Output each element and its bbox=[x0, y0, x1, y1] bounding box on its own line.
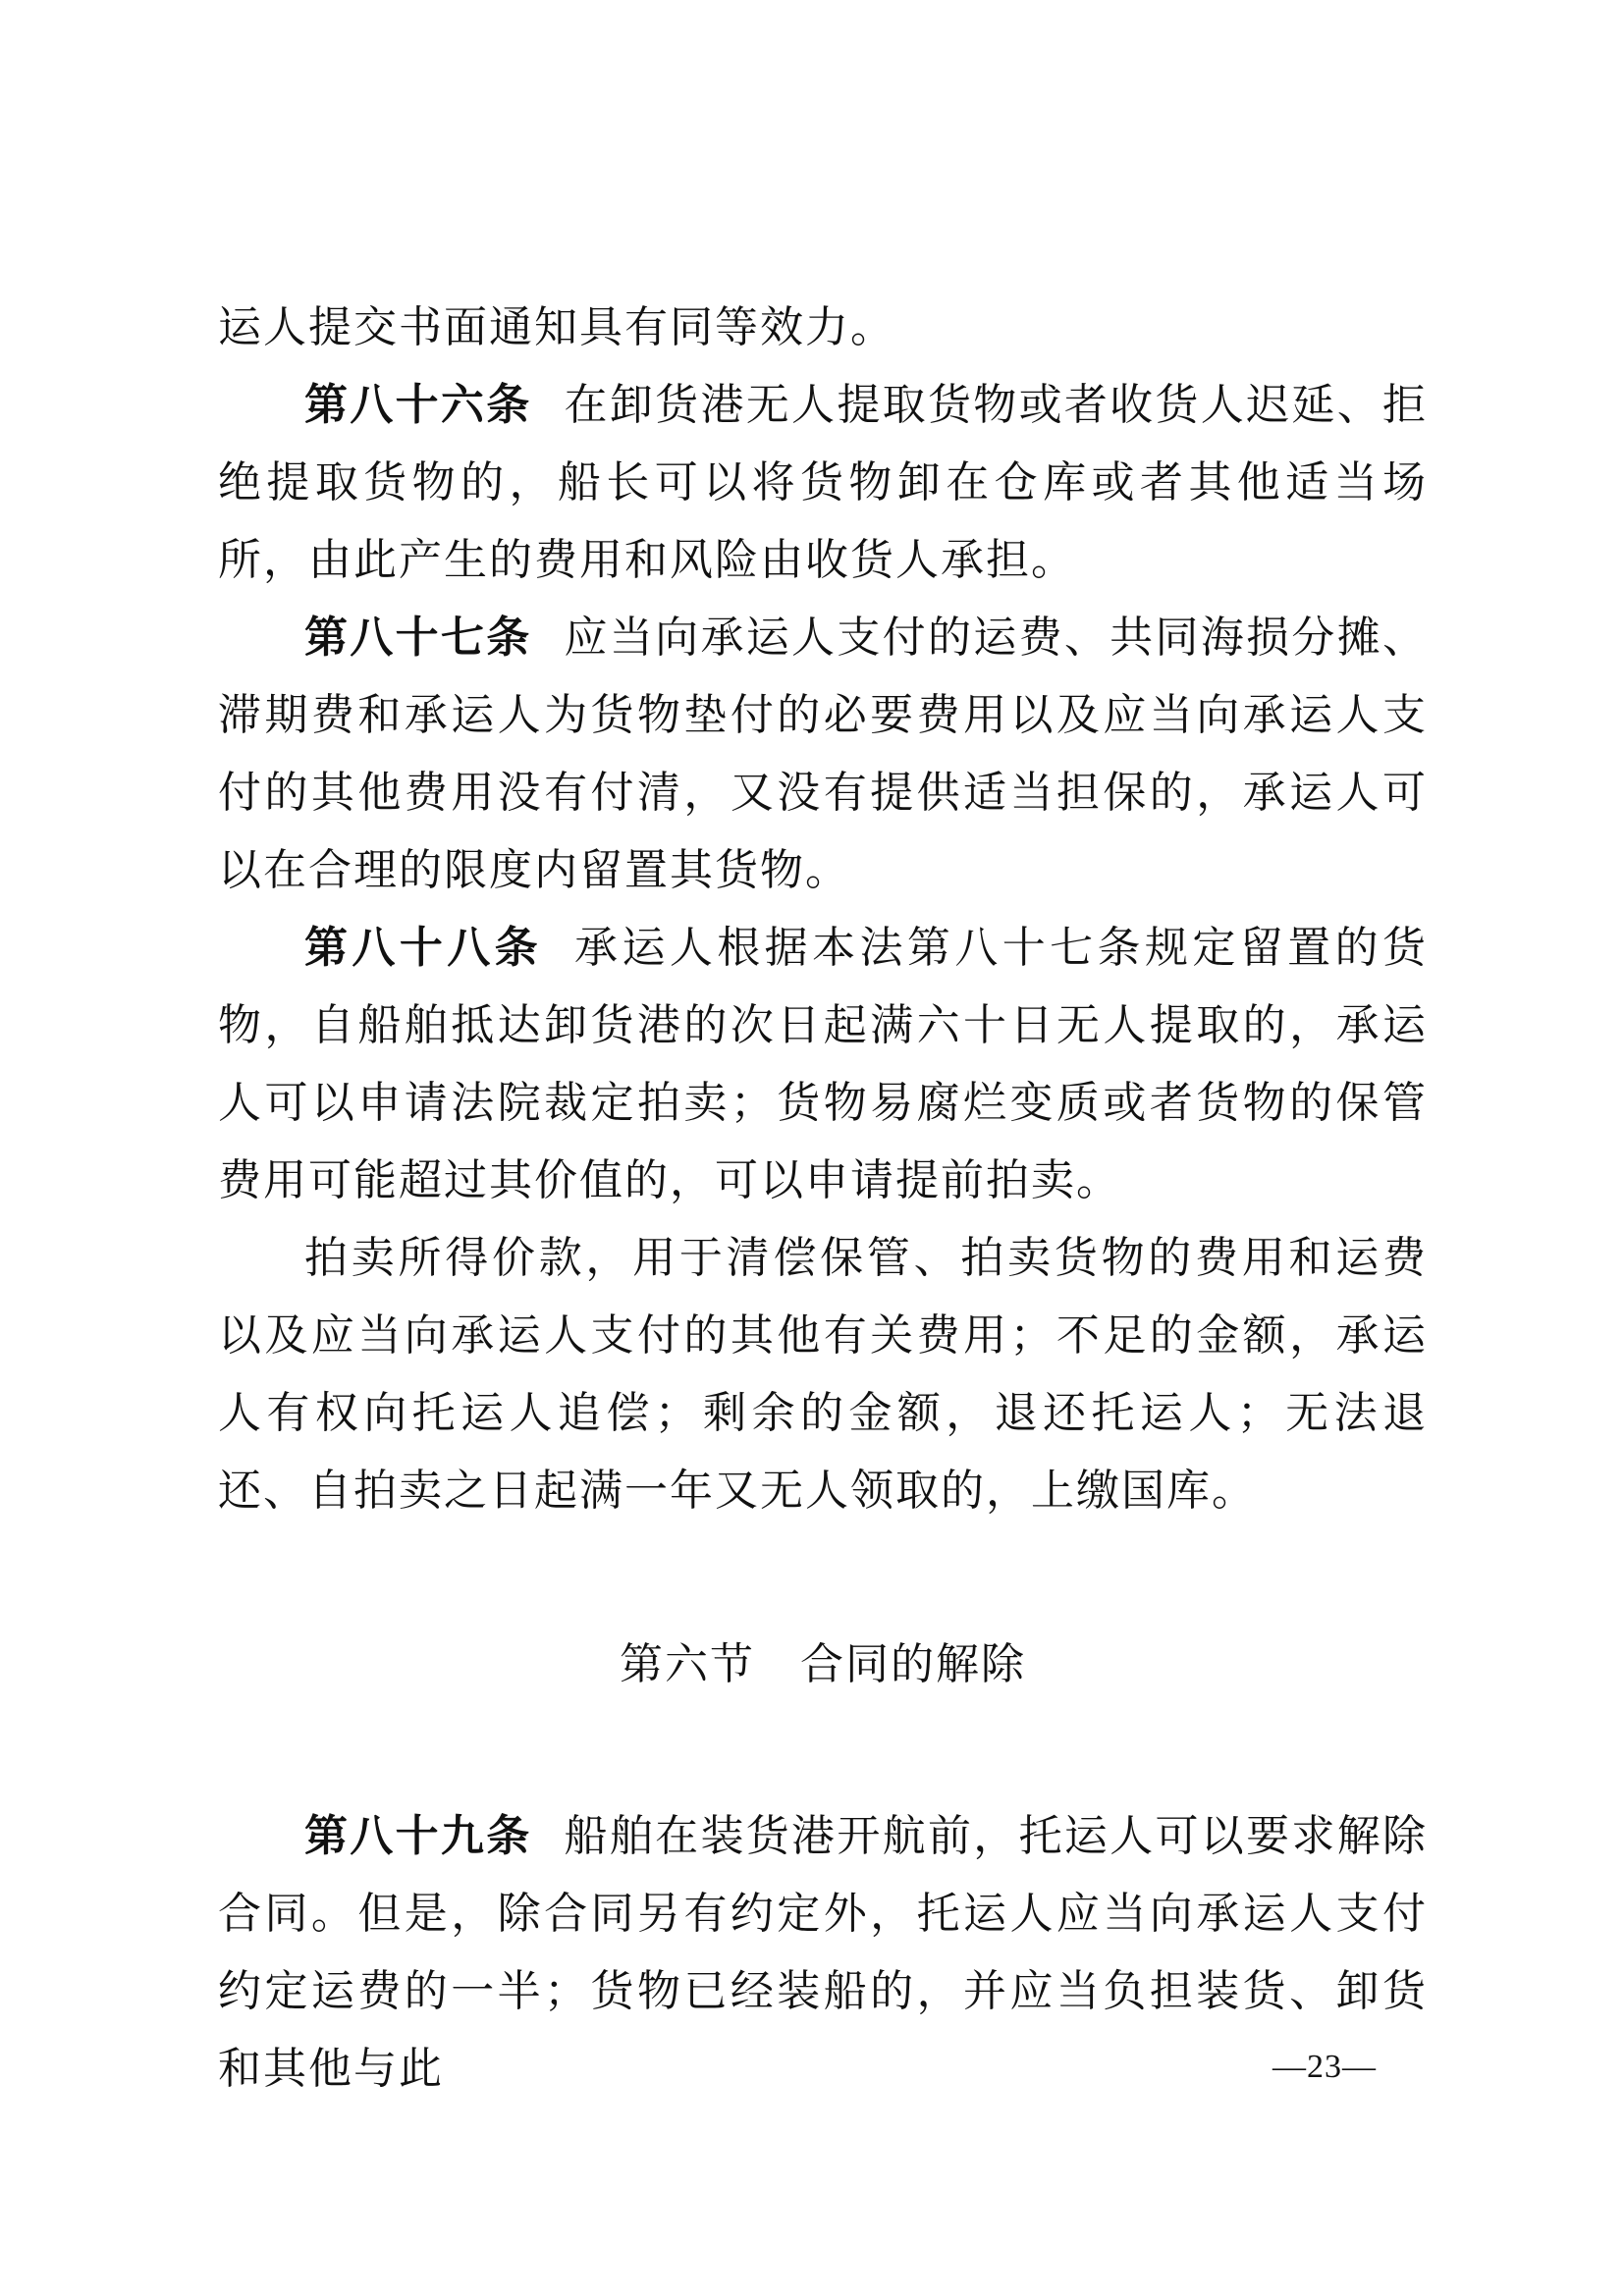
article-87: 第八十七条应当向承运人支付的运费、共同海损分摊、滞期费和承运人为货物垫付的必要费… bbox=[218, 599, 1428, 909]
article-89: 第八十九条船舶在装货港开航前，托运人可以要求解除合同。但是，除合同另有约定外，托… bbox=[218, 1797, 1428, 2108]
document-page: 运人提交书面通知具有同等效力。 第八十六条在卸货港无人提取货物或者收货人迟延、拒… bbox=[0, 0, 1624, 2296]
article-89-label: 第八十九条 bbox=[304, 1812, 532, 1860]
section-heading: 第六节 合同的解除 bbox=[218, 1626, 1428, 1703]
article-86: 第八十六条在卸货港无人提取货物或者收货人迟延、拒绝提取货物的，船长可以将货物卸在… bbox=[218, 366, 1428, 599]
article-88: 第八十八条承运人根据本法第八十七条规定留置的货物，自船舶抵达卸货港的次日起满六十… bbox=[218, 909, 1428, 1219]
article-87-label: 第八十七条 bbox=[304, 614, 532, 662]
page-number: —23— bbox=[1272, 2048, 1377, 2087]
article-88-label: 第八十八条 bbox=[304, 924, 542, 972]
text-content: 运人提交书面通知具有同等效力。 第八十六条在卸货港无人提取货物或者收货人迟延、拒… bbox=[218, 289, 1428, 2108]
paragraph-continuation: 运人提交书面通知具有同等效力。 bbox=[218, 289, 1428, 366]
article-86-label: 第八十六条 bbox=[304, 381, 532, 429]
paragraph-auction-proceeds: 拍卖所得价款，用于清偿保管、拍卖货物的费用和运费以及应当向承运人支付的其他有关费… bbox=[218, 1219, 1428, 1529]
